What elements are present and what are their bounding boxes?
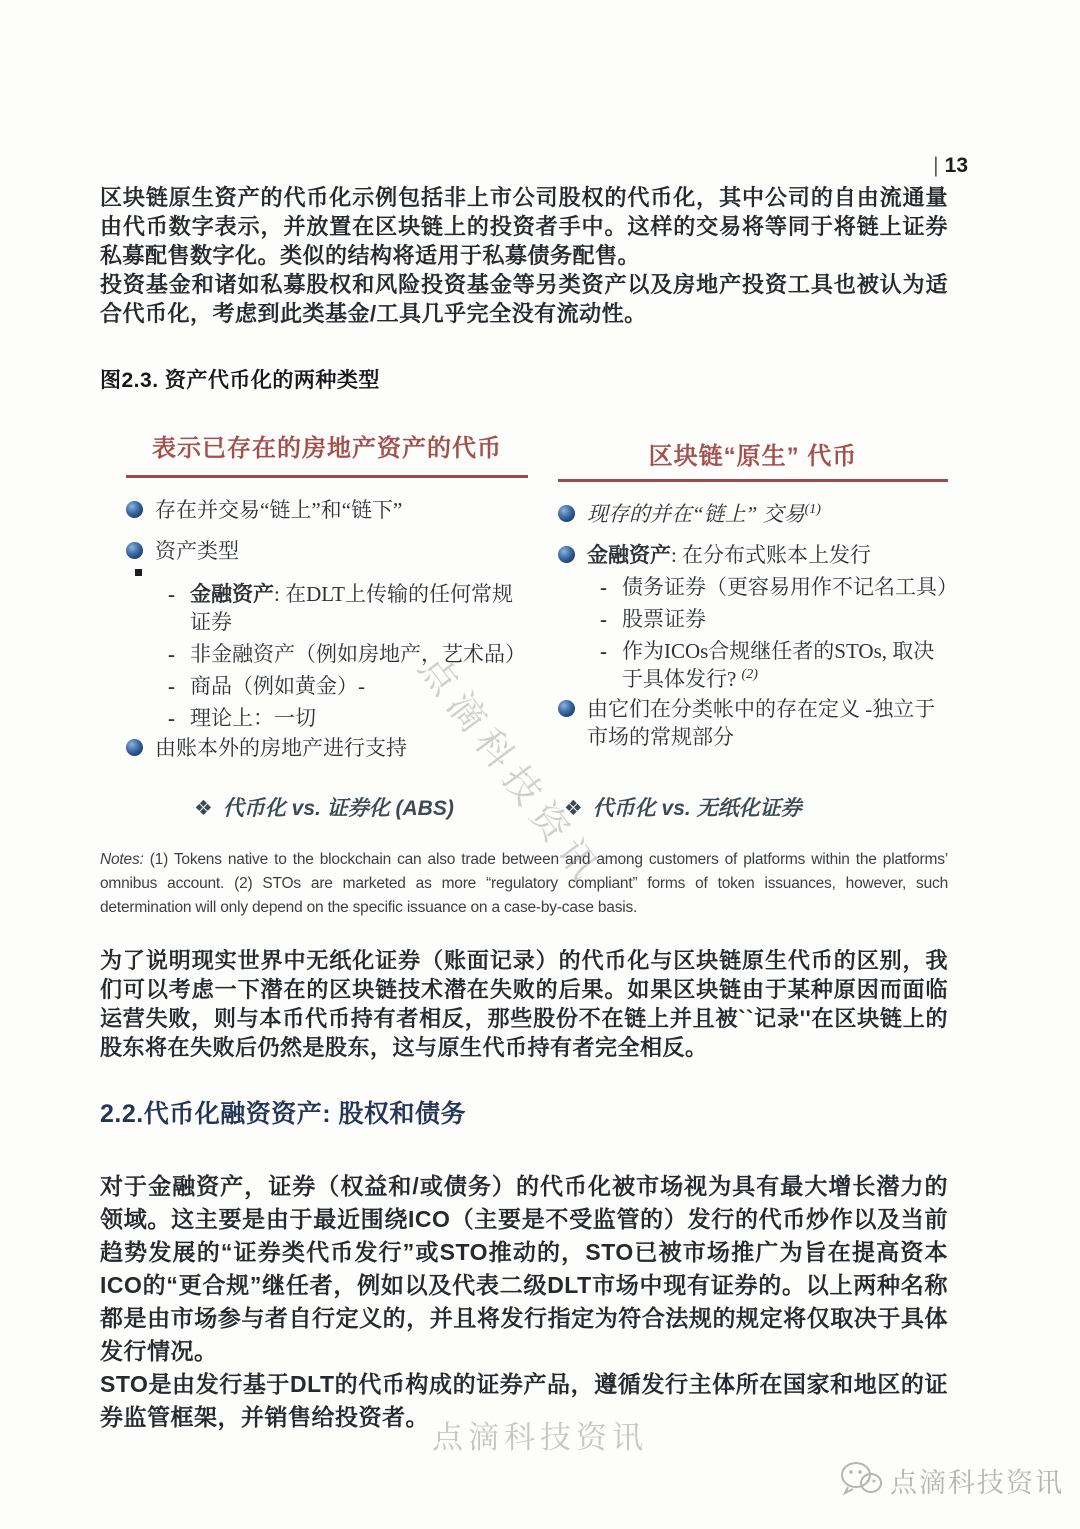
list-item: 存在并交易“链上”和“链下”: [126, 496, 528, 524]
figure-right-column: 区块链“原生” 代币 现存的并在“链上” 交易(1) 金融资产: 在分布式账本上…: [558, 428, 948, 762]
dash-marker: -: [168, 672, 190, 700]
list-item: 金融资产: 在分布式账本上发行: [558, 541, 948, 569]
list-subitem-text: 债务证券（更容易用作不记名工具）: [622, 573, 948, 601]
page-number-value: 13: [945, 154, 968, 177]
left-caption-text: 代币化 vs. 证券化 (ABS): [223, 797, 454, 820]
token-bullet-icon: [126, 501, 143, 518]
list-subitem: - 理论上：一切: [126, 704, 528, 732]
section-heading-2-2: 2.2.代币化融资资产: 股权和债务: [100, 1094, 948, 1130]
token-bullet-icon: [126, 542, 143, 559]
wechat-icon: [838, 1458, 884, 1503]
square-marker: [135, 569, 142, 576]
dash-marker: -: [600, 573, 622, 601]
list-item-text: 存在并交易“链上”和“链下”: [155, 496, 402, 524]
right-column-header: 区块链“原生” 代币: [558, 428, 948, 482]
dash-marker: -: [168, 580, 190, 636]
token-bullet-icon: [558, 505, 575, 522]
list-subitem: - 金融资产: 在DLT上传输的任何常规证券: [126, 580, 528, 636]
notes-label: Notes:: [100, 851, 144, 868]
list-item-text: 金融资产: 在分布式账本上发行: [587, 541, 871, 569]
dash-marker: -: [168, 704, 190, 732]
list-subitem-text: 金融资产: 在DLT上传输的任何常规证券: [190, 580, 528, 636]
paragraph-4: 对于金融资产，证券（权益和/或债务）的代币化被市场视为具有最大增长潜力的领域。这…: [100, 1170, 948, 1368]
page-number: |13: [933, 154, 968, 178]
list-subitem-text: 非金融资产（例如房地产，艺术品）: [190, 640, 526, 668]
token-bullet-icon: [558, 546, 575, 563]
dash-marker: -: [600, 605, 622, 633]
list-item-text: 现存的并在“链上” 交易(1): [587, 500, 821, 528]
list-subitem-text: 作为ICOs合规继任者的STOs, 取决于具体发行? (2): [622, 637, 948, 693]
token-bullet-icon: [558, 700, 575, 717]
item-text: 现存的并在“链上” 交易: [587, 502, 805, 526]
list-subitem: - 作为ICOs合规继任者的STOs, 取决于具体发行? (2): [558, 637, 948, 693]
footer-brand-text: 点滴科技资讯: [890, 1461, 1064, 1500]
right-caption: ❖代币化 vs. 无纸化证券: [552, 792, 948, 822]
figure-title: 图2.3. 资产代币化的两种类型: [100, 364, 948, 394]
list-subitem: - 商品（例如黄金）-: [126, 672, 528, 700]
list-item-text: 由账本外的房地产进行支持: [155, 734, 407, 762]
dash-marker: -: [600, 637, 622, 693]
list-subitem: - 股票证券: [558, 605, 948, 633]
diamond-icon: ❖: [194, 797, 213, 820]
list-item: 现存的并在“链上” 交易(1): [558, 500, 948, 528]
paragraph-1: 区块链原生资产的代币化示例包括非上市公司股权的代币化，其中公司的自由流通量由代币…: [100, 183, 948, 270]
list-item: 由账本外的房地产进行支持: [126, 734, 528, 762]
figure-2-3: 表示已存在的房地产资产的代币 存在并交易“链上”和“链下” 资产类型 -: [100, 428, 948, 920]
paragraph-3: 为了说明现实世界中无纸化证券（账面记录）的代币化与区块链原生代币的区别，我们可以…: [100, 946, 948, 1062]
list-subitem: - 非金融资产（例如房地产，艺术品）: [126, 640, 528, 668]
figure-notes: Notes: (1) Tokens native to the blockcha…: [100, 848, 948, 920]
diamond-icon: ❖: [564, 797, 583, 820]
list-subitem-text: 商品（例如黄金）-: [190, 672, 365, 700]
subitem-lead: 金融资产: [190, 582, 274, 606]
list-item: 资产类型: [126, 537, 528, 565]
token-bullet-icon: [126, 739, 143, 756]
footnote-ref: (1): [805, 502, 821, 517]
right-caption-text: 代币化 vs. 无纸化证券: [593, 797, 802, 820]
document-page: |13 区块链原生资产的代币化示例包括非上市公司股权的代币化，其中公司的自由流通…: [0, 0, 1080, 1529]
list-item: 由它们在分类帐中的存在定义 -独立于市场的常规部分: [558, 695, 948, 751]
notes-text: (1) Tokens native to the blockchain can …: [100, 851, 948, 916]
paragraph-2: 投资基金和诸如私募股权和风险投资基金等另类资产以及房地产投资工具也被认为适合代币…: [100, 270, 948, 328]
item-lead: 金融资产: [587, 543, 671, 567]
footer-brand: 点滴科技资讯: [838, 1458, 1064, 1503]
list-subitem-text: 股票证券: [622, 605, 706, 633]
figure-left-column: 表示已存在的房地产资产的代币 存在并交易“链上”和“链下” 资产类型 -: [126, 428, 528, 762]
list-item-text: 由它们在分类帐中的存在定义 -独立于市场的常规部分: [587, 695, 948, 751]
page-content: 区块链原生资产的代币化示例包括非上市公司股权的代币化，其中公司的自由流通量由代币…: [100, 183, 948, 1434]
page-number-bar: |: [933, 154, 938, 177]
list-subitem-text: 理论上：一切: [190, 704, 316, 732]
dash-marker: -: [168, 640, 190, 668]
left-column-header: 表示已存在的房地产资产的代币: [126, 428, 528, 478]
item-rest: : 在分布式账本上发行: [671, 543, 871, 567]
item-text: 作为ICOs合规继任者的STOs, 取决于具体发行?: [622, 639, 934, 691]
left-caption: ❖代币化 vs. 证券化 (ABS): [126, 792, 522, 822]
figure-captions: ❖代币化 vs. 证券化 (ABS) ❖代币化 vs. 无纸化证券: [126, 792, 948, 822]
footnote-ref: (2): [742, 667, 758, 682]
list-subitem: - 债务证券（更容易用作不记名工具）: [558, 573, 948, 601]
list-item-text: 资产类型: [155, 537, 239, 565]
footer-center-watermark: 点滴科技资讯: [0, 1412, 1080, 1457]
